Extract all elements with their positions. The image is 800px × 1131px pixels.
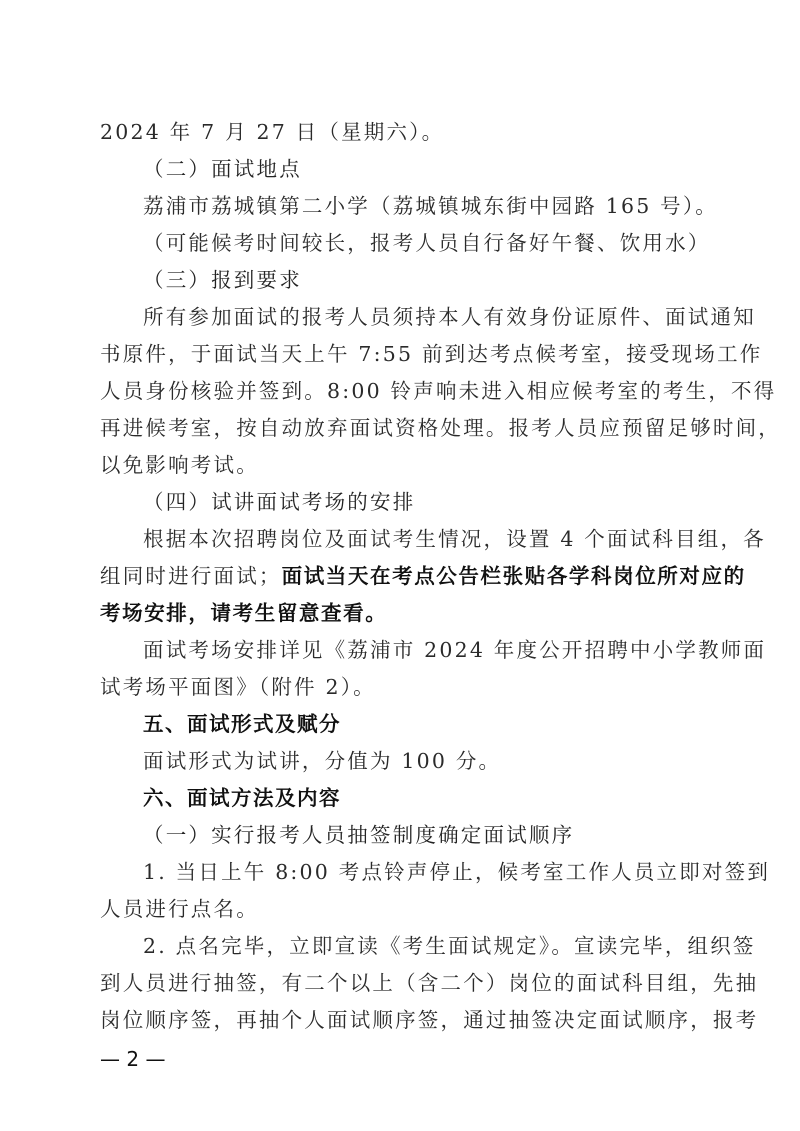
emphasized-text: 面试当天在考点公告栏张贴各学科岗位所对应的 [282,564,746,588]
paragraph-line: 以免影响考试。 [100,447,720,484]
date-line: 2024 年 7 月 27 日（星期六）。 [100,114,720,151]
paragraph-line: 组同时进行面试；面试当天在考点公告栏张贴各学科岗位所对应的 [100,558,720,595]
paragraph-line: 到人员进行抽签，有二个以上（含二个）岗位的面试科目组，先抽 [100,965,720,1002]
paragraph-line: 人员进行点名。 [100,891,720,928]
paragraph-line: 2. 点名完毕，立即宣读《考生面试规定》。宣读完毕，组织签 [143,928,763,965]
document-page: 2024 年 7 月 27 日（星期六）。 （二）面试地点 荔浦市荔城镇第二小学… [0,0,800,1131]
location-line: 荔浦市荔城镇第二小学（荔城镇城东街中园路 165 号）。 [143,188,763,225]
subsection-heading-arrangement: （四）试讲面试考场的安排 [143,484,763,521]
paragraph-text: 组同时进行面试； [100,564,282,588]
paragraph-line: 1. 当日上午 8:00 考点铃声停止，候考室工作人员立即对签到 [143,854,763,891]
paragraph-line: 根据本次招聘岗位及面试考生情况，设置 4 个面试科目组，各 [143,521,763,558]
paragraph-line: 人员身份核验并签到。8:00 铃声响未进入相应候考室的考生，不得 [100,373,720,410]
section-heading-six: 六、面试方法及内容 [143,780,763,817]
paragraph-line: 书原件，于面试当天上午 7:55 前到达考点候考室，接受现场工作 [100,336,720,373]
section-heading-five: 五、面试形式及赋分 [143,706,763,743]
paragraph-line: 再进候考室，按自动放弃面试资格处理。报考人员应预留足够时间， [100,410,720,447]
location-note: （可能候考时间较长，报考人员自行备好午餐、饮用水） [143,225,763,262]
subsection-heading-location: （二）面试地点 [143,151,763,188]
paragraph-line: 所有参加面试的报考人员须持本人有效身份证原件、面试通知 [143,299,763,336]
paragraph-line: 面试考场安排详见《荔浦市 2024 年度公开招聘中小学教师面 [143,632,763,669]
paragraph-line: 试考场平面图》（附件 2）。 [100,669,720,706]
emphasized-text: 考场安排，请考生留意查看。 [100,595,720,632]
paragraph-line: 面试形式为试讲，分值为 100 分。 [143,743,763,780]
page-number: — 2 — [100,1046,165,1072]
paragraph-line: 岗位顺序签，再抽个人面试顺序签，通过抽签决定面试顺序，报考 [100,1002,720,1039]
subsection-heading-lottery: （一）实行报考人员抽签制度确定面试顺序 [143,817,763,854]
subsection-heading-checkin: （三）报到要求 [143,262,763,299]
